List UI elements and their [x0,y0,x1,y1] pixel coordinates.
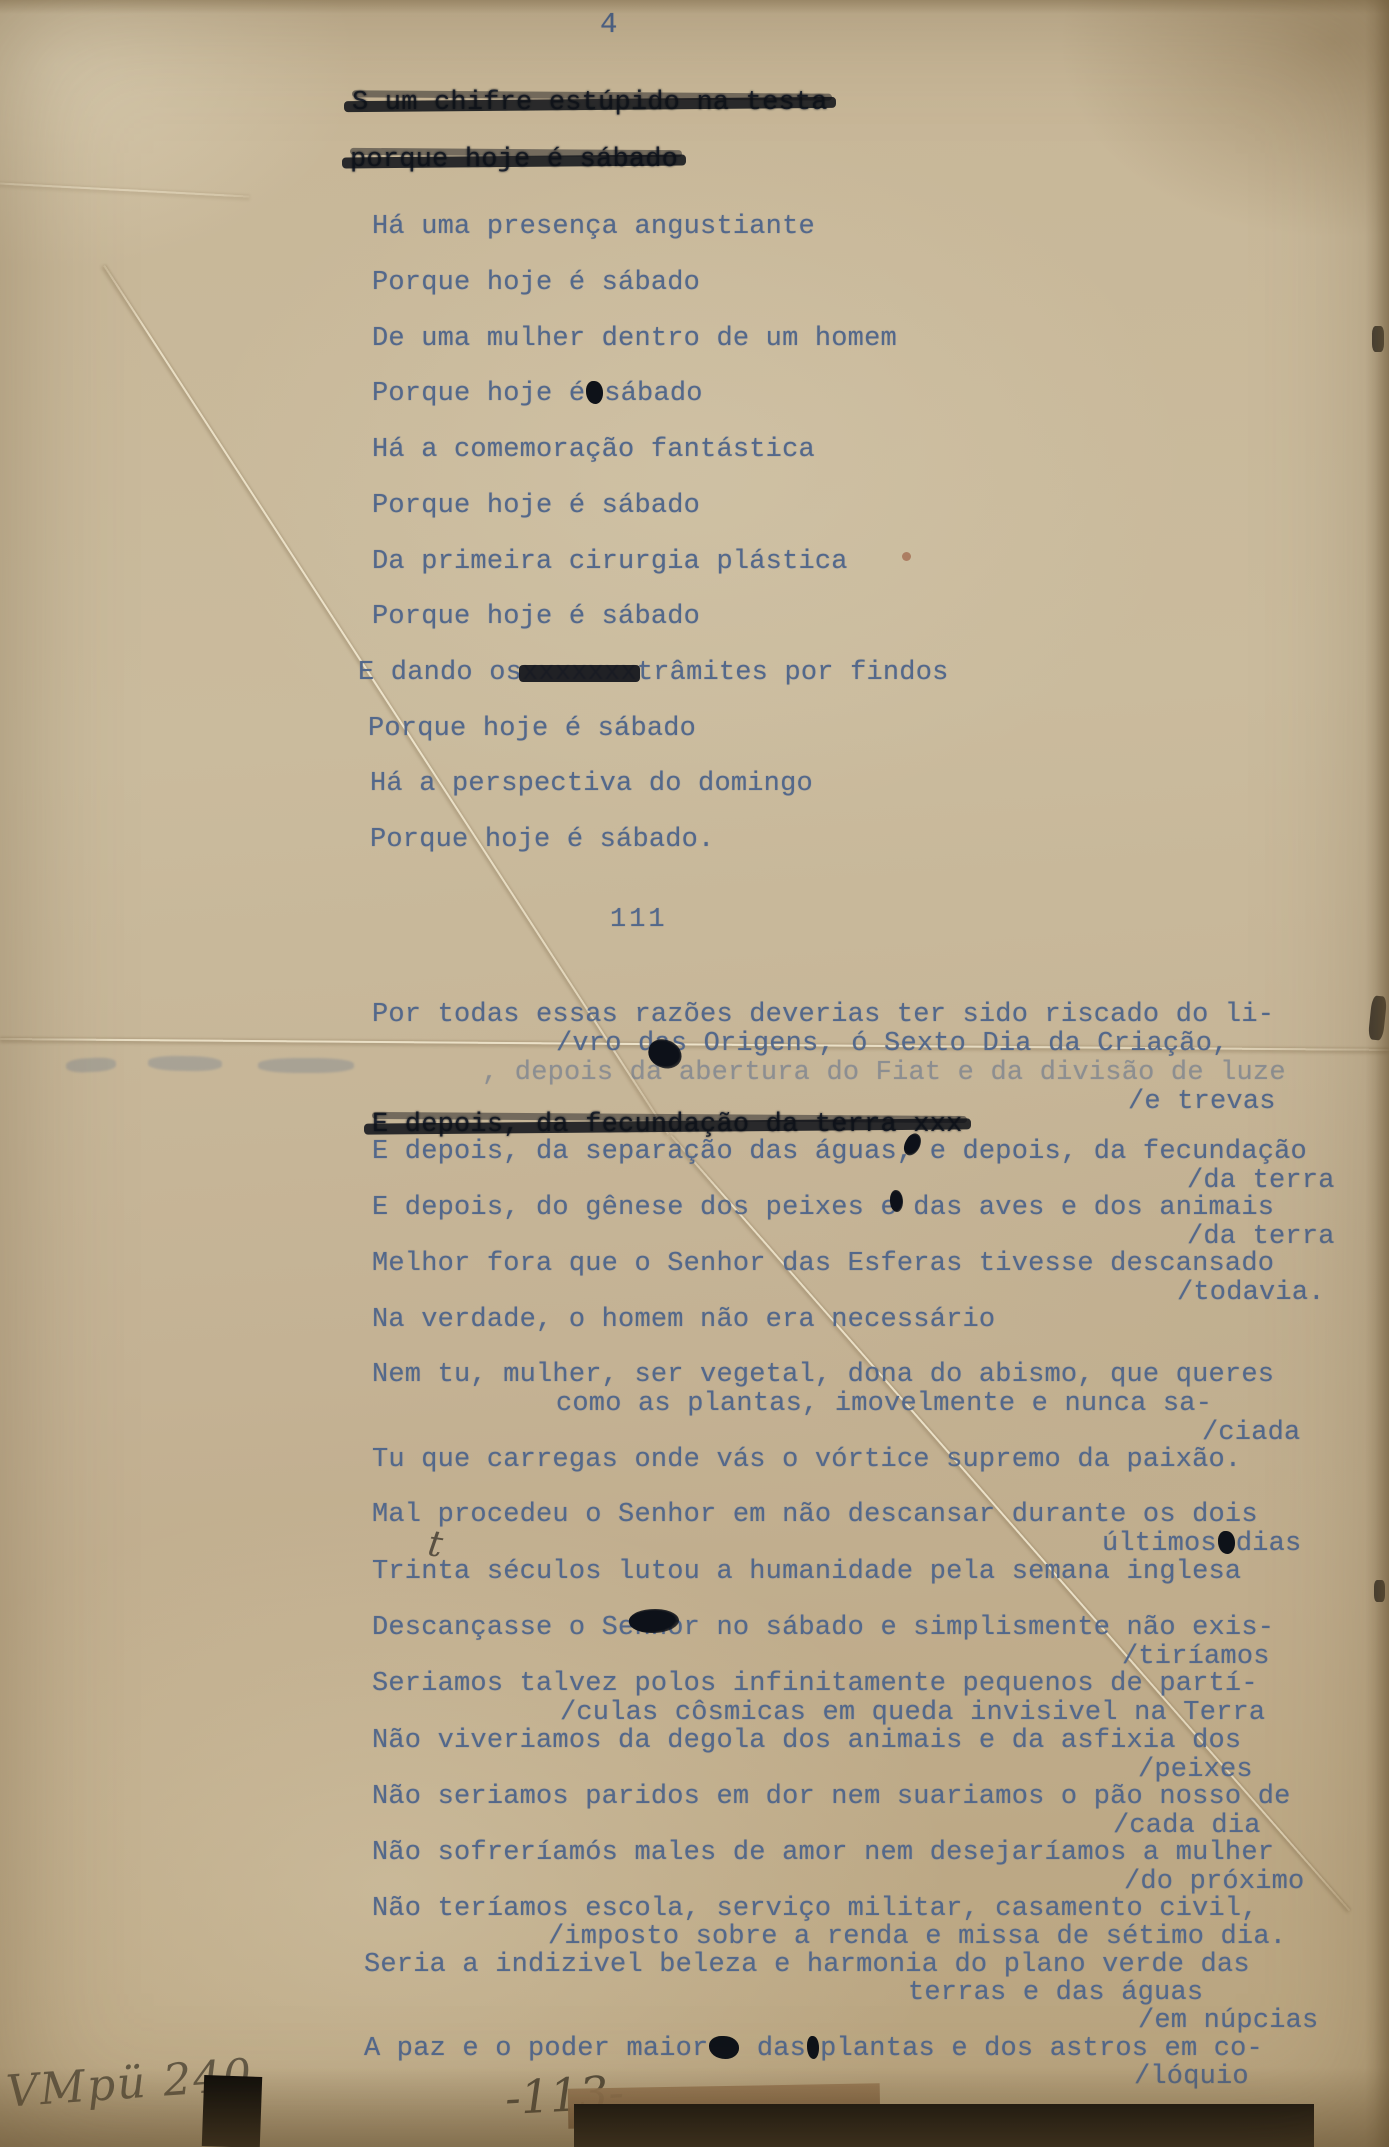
pencil-smudge [258,1058,354,1073]
handwritten-correction: t [425,1523,445,1566]
speck [902,552,911,561]
ink-blot [628,1607,680,1634]
document-page: 4S um chifre estúpido na testaporque hoj… [0,0,1389,2147]
ink-blot [890,1190,903,1212]
pencil-smudge [148,1055,222,1071]
pencil-smudge [66,1057,117,1074]
page-edge-shadow [1365,0,1389,2147]
ink-blot [645,1036,685,1072]
page-edge-shadow [0,2067,1389,2147]
page-edge-shadow [0,0,1389,14]
marks-layer: t [0,0,1389,2147]
ink-blot [900,1131,924,1158]
